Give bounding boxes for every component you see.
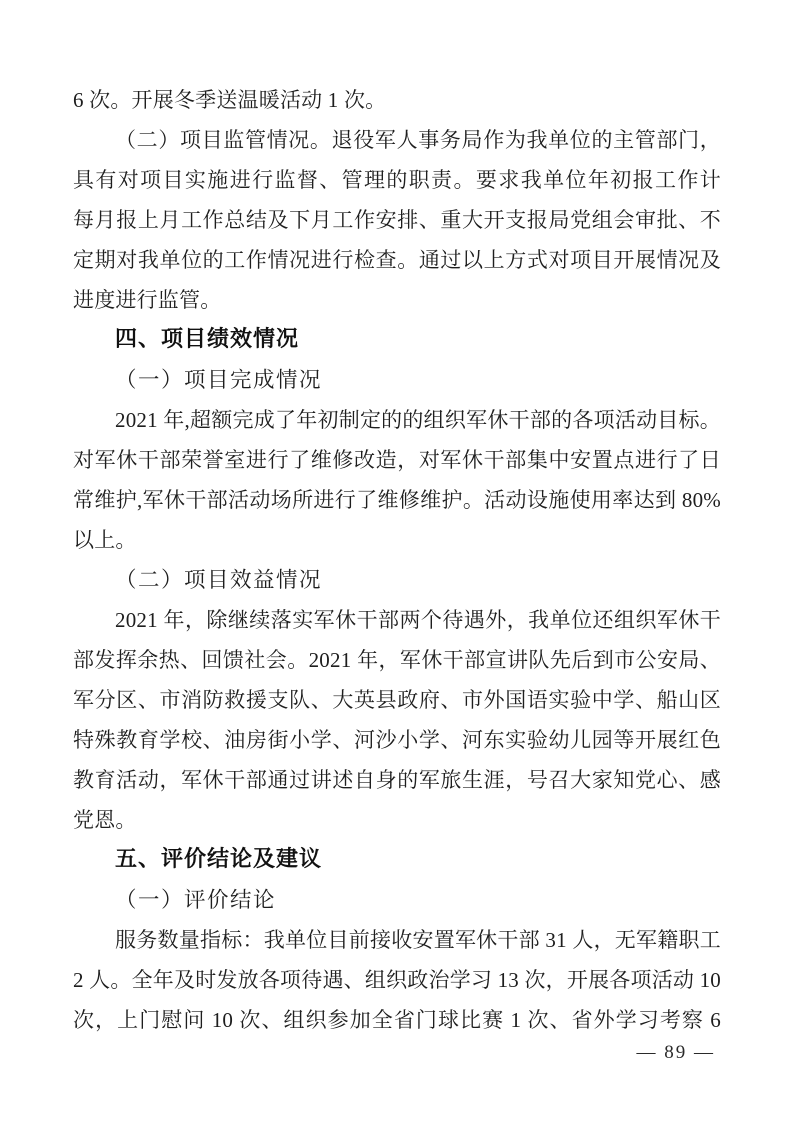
paragraph-line: 进度进行监管。 <box>73 280 721 320</box>
paragraph-line: 部发挥余热、回馈社会。2021 年，军休干部宣讲队先后到市公安局、 <box>73 640 721 680</box>
paragraph-line: 党恩。 <box>73 800 721 840</box>
subsection-heading: （一）项目完成情况 <box>73 360 721 400</box>
paragraph-line: 每月报上月工作总结及下月工作安排、重大开支报局党组会审批、不 <box>73 200 721 240</box>
paragraph-line: 教育活动，军休干部通过讲述自身的军旅生涯，号召大家知党心、感 <box>73 760 721 800</box>
paragraph-line: 具有对项目实施进行监督、管理的职责。要求我单位年初报工作计划， <box>73 160 721 200</box>
paragraph-line: 对军休干部荣誉室进行了维修改造，对军休干部集中安置点进行了日 <box>73 440 721 480</box>
subsection-heading: （二）项目效益情况 <box>73 560 721 600</box>
paragraph-line: 定期对我单位的工作情况进行检查。通过以上方式对项目开展情况及 <box>73 240 721 280</box>
paragraph-line: 服务数量指标：我单位目前接收安置军休干部 31 人，无军籍职工 <box>73 920 721 960</box>
paragraph-line: 2021 年，除继续落实军休干部两个待遇外，我单位还组织军休干 <box>73 600 721 640</box>
paragraph-line: 以上。 <box>73 520 721 560</box>
paragraph-line: （二）项目监管情况。退役军人事务局作为我单位的主管部门， <box>73 120 721 160</box>
paragraph-line: 2021 年,超额完成了年初制定的的组织军休干部的各项活动目标。 <box>73 400 721 440</box>
paragraph-line: 军分区、市消防救援支队、大英县政府、市外国语实验中学、船山区 <box>73 680 721 720</box>
section-heading: 五、评价结论及建议 <box>73 840 721 880</box>
paragraph-line: 次，上门慰问 10 次、组织参加全省门球比赛 1 次、省外学习考察 6 <box>73 1000 721 1040</box>
page-number: — 89 — <box>637 1042 716 1064</box>
paragraph-line: 常维护,军休干部活动场所进行了维修维护。活动设施使用率达到 80% <box>73 480 721 520</box>
paragraph-line: 2 人。全年及时发放各项待遇、组织政治学习 13 次，开展各项活动 10 <box>73 960 721 1000</box>
document-page: 6 次。开展冬季送温暖活动 1 次。 （二）项目监管情况。退役军人事务局作为我单… <box>0 0 793 1122</box>
document-content: 6 次。开展冬季送温暖活动 1 次。 （二）项目监管情况。退役军人事务局作为我单… <box>73 80 721 1040</box>
paragraph-line: 6 次。开展冬季送温暖活动 1 次。 <box>73 80 721 120</box>
paragraph-line: 特殊教育学校、油房街小学、河沙小学、河东实验幼儿园等开展红色 <box>73 720 721 760</box>
section-heading: 四、项目绩效情况 <box>73 320 721 360</box>
subsection-heading: （一）评价结论 <box>73 880 721 920</box>
